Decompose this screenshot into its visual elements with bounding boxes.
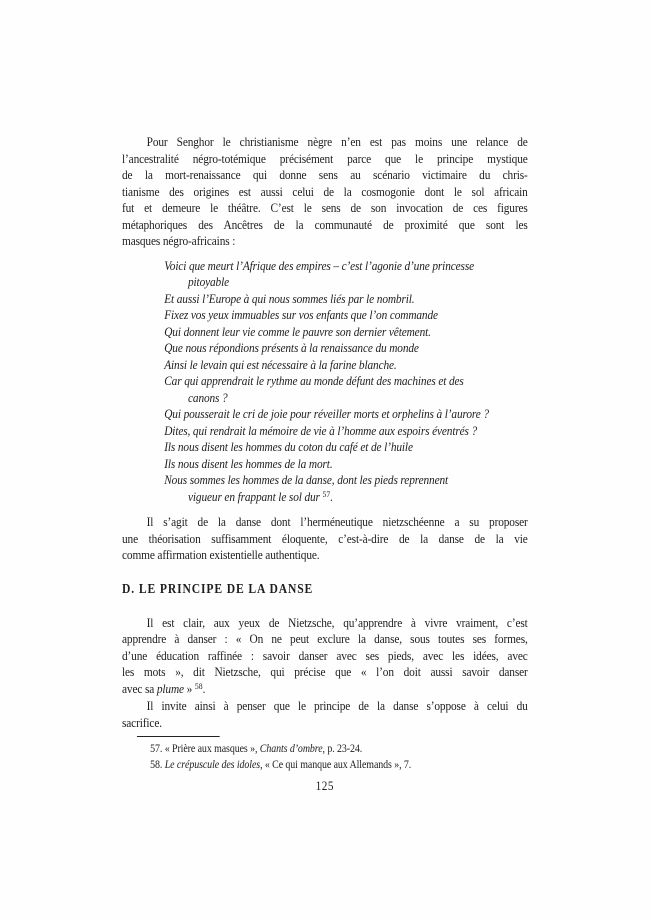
footnote-separator: [137, 736, 220, 737]
text-line: apprendre à danser : « On ne peut exclur…: [122, 631, 528, 648]
poem-line-with-footnote-ref: vigueur en frappant le sol dur 57.: [164, 489, 527, 506]
text-line: l’ancestralité négro-totémique préciséme…: [122, 151, 528, 168]
poem-line: Ainsi le levain qui est nécessaire à la …: [164, 357, 527, 374]
text-line: les mots », dit Nietzsche, qui précise q…: [122, 664, 528, 681]
poem-line: Ils nous disent les hommes de la mort.: [164, 456, 527, 473]
poem-line: Dites, qui rendrait la mémoire de vie à …: [164, 423, 527, 440]
poem-line: Voici que meurt l’Afrique des empires – …: [164, 258, 527, 275]
poem-line: canons ?: [164, 390, 527, 407]
paragraph-1: Pour Senghor le christianisme nègre n’en…: [122, 134, 528, 250]
text-line: masques négro-africains :: [122, 233, 528, 250]
footnote-58: 58. Le crépuscule des idoles, « Ce qui m…: [122, 758, 528, 774]
text-line: Pour Senghor le christianisme nègre n’en…: [122, 134, 528, 151]
text-line: Il s’agit de la danse dont l’herméneutiq…: [122, 514, 528, 531]
poem-line: Fixez vos yeux immuables sur vos enfants…: [164, 307, 527, 324]
poem-line: Que nous répondions présents à la renais…: [164, 340, 527, 357]
footnotes: 57. « Prière aux masques », Chants d’omb…: [122, 742, 528, 773]
section-heading: D. LE PRINCIPE DE LA DANSE: [122, 581, 528, 598]
paragraph-3: Il est clair, aux yeux de Nietzsche, qu’…: [122, 615, 528, 699]
paragraph-4: Il invite ainsi à penser que le principe…: [122, 698, 528, 731]
poem-line: Ils nous disent les hommes du coton du c…: [164, 439, 527, 456]
text-line-with-footnote-ref: avec sa plume » 58.: [122, 681, 528, 699]
text-line: une théorisation suffisamment éloquente,…: [122, 531, 528, 548]
poem-line: Et aussi l’Europe à qui nous sommes liés…: [164, 291, 527, 308]
poem-line: pitoyable: [164, 274, 527, 291]
text-line: comme affirmation existentielle authenti…: [122, 547, 528, 564]
poem-line: Qui pousserait le cri de joie pour révei…: [164, 406, 527, 423]
poem-line: Car qui apprendrait le rythme au monde d…: [164, 373, 527, 390]
poem-line: Qui donnent leur vie comme le pauvre son…: [164, 324, 527, 341]
text-line: Il invite ainsi à penser que le principe…: [122, 698, 528, 715]
book-page: Pour Senghor le christianisme nègre n’en…: [0, 0, 650, 920]
paragraph-2: Il s’agit de la danse dont l’herméneutiq…: [122, 514, 528, 564]
text-line: tianisme des origines est aussi celui de…: [122, 184, 528, 201]
text-line: fut et demeure le théâtre. C’est le sens…: [122, 200, 528, 217]
page-number: 125: [122, 778, 528, 795]
text-line: métaphoriques des Ancêtres de la communa…: [122, 217, 528, 234]
poem-line: Nous sommes les hommes de la danse, dont…: [164, 472, 527, 489]
text-line: sacrifice.: [122, 715, 528, 732]
page-content: Pour Senghor le christianisme nègre n’en…: [122, 134, 528, 795]
text-line: de la mort-renaissance qui donne sens au…: [122, 167, 528, 184]
text-line: d’une éducation raffinée : savoir danser…: [122, 648, 528, 665]
poem-blockquote: Voici que meurt l’Afrique des empires – …: [164, 258, 527, 506]
text-line: Il est clair, aux yeux de Nietzsche, qu’…: [122, 615, 528, 632]
footnote-57: 57. « Prière aux masques », Chants d’omb…: [122, 742, 528, 758]
